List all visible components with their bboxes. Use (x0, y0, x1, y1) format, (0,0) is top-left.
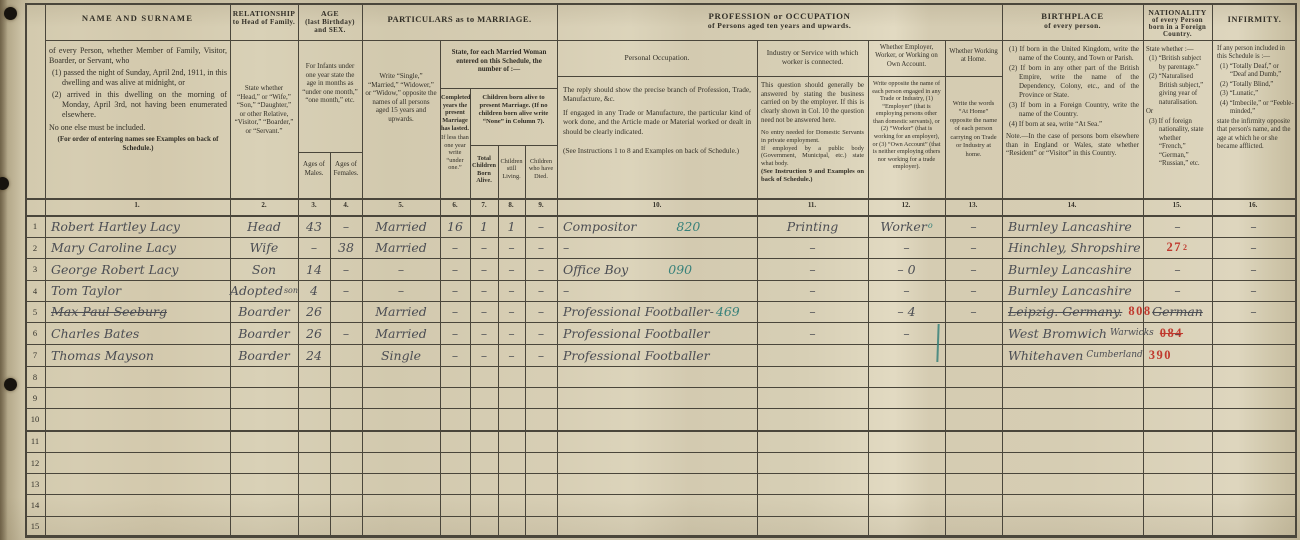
cell-industry: – (757, 237, 868, 258)
cell-born: – (470, 258, 498, 280)
cell-rel (230, 516, 298, 535)
cell-years: – (440, 344, 470, 366)
subheader-personal-occupation: Personal Occupation. (560, 53, 754, 62)
column-number: 6. (440, 201, 470, 209)
cell-died: – (525, 322, 557, 344)
industry-p1: This question should generally be answer… (761, 82, 864, 125)
name-desc-intro: of every Person, whether Member of Famil… (49, 46, 227, 67)
cell-years (440, 516, 470, 535)
cell-num: 1 (25, 215, 45, 237)
cell-name (45, 473, 236, 494)
col-desc-industry: This question should generally be answer… (761, 82, 864, 189)
col-desc-relationship: State whether “Head,” or “Wife,” “Son,” … (234, 84, 294, 135)
table-row: 8 (0, 366, 1300, 387)
col-desc-birthplace: (1) If born in the United Kingdom, write… (1006, 45, 1139, 162)
table-row: 4Tom TaylorAdoptedson4––––––––––Burnley … (0, 280, 1300, 301)
cell-nat (1143, 430, 1212, 452)
cell-home (945, 344, 1002, 366)
cell-nat: – (1143, 258, 1212, 280)
cell-age_m (298, 366, 330, 387)
cell-age_f (330, 452, 362, 473)
cell-industry (757, 408, 868, 430)
nationality-item-4: (3) If of foreign nationality, state whe… (1146, 118, 1209, 169)
cell-living: 1 (498, 215, 525, 237)
cell-marr: Single (362, 344, 440, 366)
grid-line (25, 535, 1297, 538)
table-row: 5Max Paul SeeburgBoarder26Married––––Pro… (0, 301, 1300, 322)
cell-occ (557, 473, 763, 494)
cell-name (45, 430, 236, 452)
birthplace-sub: of every person. (1004, 21, 1141, 30)
cell-occ (557, 516, 763, 535)
cell-born (470, 430, 498, 452)
birthplace-item-4: (4) If born at sea, write “At Sea.” (1006, 120, 1139, 129)
cell-age_m (298, 430, 330, 452)
col-desc-employer-worker: Write opposite the name of each person e… (871, 80, 942, 171)
industry-n1: No entry needed for Domestic Servants in… (761, 129, 864, 144)
cell-inf (1212, 387, 1295, 408)
column-number: 14. (1057, 201, 1087, 209)
cell-birth: West BromwichWarwicks084 (1002, 322, 1149, 344)
infirmity-item-5: state the infirmity opposite that person… (1217, 118, 1294, 152)
cell-industry (757, 516, 868, 535)
birthplace-item-3: (3) If born in a Foreign Country, write … (1006, 101, 1139, 119)
cell-rel: Son (230, 258, 298, 280)
cell-marr (362, 387, 440, 408)
cell-living: – (498, 237, 525, 258)
cell-birth (1002, 452, 1149, 473)
cell-name (45, 452, 236, 473)
cell-years: – (440, 237, 470, 258)
cell-age_f (330, 301, 362, 322)
cell-died (525, 387, 557, 408)
cell-living (498, 473, 525, 494)
cell-marr (362, 408, 440, 430)
nationality-item-2: (2) “Naturalised British subject,” givin… (1146, 73, 1209, 107)
age-females-label: Ages of Females. (331, 160, 361, 177)
cell-rel (230, 430, 298, 452)
cell-worker (868, 516, 945, 535)
cell-age_m (298, 452, 330, 473)
cell-marr (362, 452, 440, 473)
cell-num: 14 (25, 494, 45, 516)
hole-punch-top (4, 7, 17, 20)
cell-years (440, 387, 470, 408)
cell-home (945, 516, 1002, 535)
cell-age_m: – (298, 237, 330, 258)
cell-age_m (298, 387, 330, 408)
cell-nat (1143, 516, 1212, 535)
cell-marr: Married (362, 215, 440, 237)
cell-living (498, 366, 525, 387)
cell-worker: – (868, 280, 945, 301)
cell-marr: – (362, 280, 440, 301)
birthplace-item-1: (1) If born in the United Kingdom, write… (1006, 45, 1139, 63)
cell-age_f: – (330, 215, 362, 237)
cell-rel (230, 494, 298, 516)
cell-marr (362, 494, 440, 516)
col-desc-marital-status: Write “Single,” “Married,” “Widower,” or… (365, 72, 437, 123)
cell-living (498, 387, 525, 408)
cell-died (525, 516, 557, 535)
cell-living: – (498, 258, 525, 280)
cell-age_m: 24 (298, 344, 330, 366)
cell-rel: Wife (230, 237, 298, 258)
cell-age_f (330, 366, 362, 387)
col-desc-personal-occupation: The reply should show the precise branch… (563, 85, 751, 160)
grid-line (470, 145, 557, 146)
cell-marr (362, 473, 440, 494)
cell-years: – (440, 258, 470, 280)
cell-nat: German (1143, 301, 1212, 322)
cell-home: – (945, 237, 1002, 258)
cell-home: – (945, 280, 1002, 301)
cell-marr: – (362, 258, 440, 280)
cell-living: – (498, 280, 525, 301)
cell-born: – (470, 301, 498, 322)
cell-living (498, 430, 525, 452)
cell-industry: Printing (757, 215, 868, 237)
cell-born: – (470, 237, 498, 258)
cell-name (45, 387, 236, 408)
cell-home (945, 387, 1002, 408)
cell-worker: – (868, 322, 945, 344)
cell-home (945, 452, 1002, 473)
cell-living (498, 494, 525, 516)
cell-born (470, 473, 498, 494)
cell-name (45, 494, 236, 516)
nationality-title: NATIONALITY (1144, 8, 1211, 17)
married-woman-note: State, for each Married Woman entered on… (444, 48, 554, 74)
cell-occ (557, 387, 763, 408)
age-title: AGE (299, 9, 361, 18)
cell-age_f (330, 344, 362, 366)
cell-inf (1212, 322, 1295, 344)
nationality-item-0: State whether :— (1146, 46, 1209, 54)
cell-birth (1002, 516, 1149, 535)
cell-birth (1002, 494, 1149, 516)
cell-home (945, 473, 1002, 494)
cell-born (470, 452, 498, 473)
table-row: 10 (0, 408, 1300, 430)
cell-home (945, 322, 1002, 344)
cell-age_f: – (330, 258, 362, 280)
cell-marr: Married (362, 301, 440, 322)
cell-birth: Hinchley, Shropshire (1002, 237, 1149, 258)
table-row: 7Thomas MaysonBoarder24Single––––Profess… (0, 344, 1300, 366)
cell-age_m: 26 (298, 301, 330, 322)
cell-industry: – (757, 280, 868, 301)
cell-birth (1002, 473, 1149, 494)
cell-nat (1143, 408, 1212, 430)
cell-age_m: 43 (298, 215, 330, 237)
column-number: 8. (496, 201, 526, 209)
cell-occ (557, 366, 763, 387)
grid-line (45, 40, 1295, 41)
cell-num: 6 (25, 322, 45, 344)
birthplace-item-2: (2) If born in any other part of the Bri… (1006, 64, 1139, 100)
cell-home (945, 366, 1002, 387)
cell-birth (1002, 430, 1149, 452)
group-header-marriage: PARTICULARS as to MARRIAGE. (364, 14, 555, 25)
cell-name: Robert Hartley Lacy (45, 215, 236, 237)
nationality-item-1: (1) “British subject by parentage.” (1146, 55, 1209, 72)
cell-inf (1212, 452, 1295, 473)
cell-birth (1002, 366, 1149, 387)
column-number: 7. (469, 201, 499, 209)
column-number: 3. (299, 201, 329, 209)
cell-industry (757, 494, 868, 516)
cell-home: – (945, 258, 1002, 280)
birthplace-note: Note.—In the case of persons born elsewh… (1006, 132, 1139, 159)
table-row: 12 (0, 452, 1300, 473)
cell-years (440, 408, 470, 430)
col-desc-infirmity: If any person included in this Schedule … (1217, 45, 1294, 156)
cell-living (498, 516, 525, 535)
cell-worker: – 4 (868, 301, 945, 322)
cell-marr (362, 366, 440, 387)
age-sub: (last Birthday) and SEX. (299, 18, 361, 34)
cell-born (470, 408, 498, 430)
relationship-sub: to Head of Family. (231, 18, 297, 26)
cell-age_f (330, 408, 362, 430)
cell-worker (868, 473, 945, 494)
cell-marr (362, 430, 440, 452)
cell-worker (868, 387, 945, 408)
cell-nat (1143, 387, 1212, 408)
cell-num: 9 (25, 387, 45, 408)
col-header-relationship: RELATIONSHIP to Head of Family. (231, 9, 297, 27)
industry-n3: (See Instruction 9 and Examples on back … (761, 168, 864, 184)
cell-name: Charles Bates (45, 322, 236, 344)
cell-inf: – (1212, 215, 1295, 237)
subheader-industry: Industry or Service with which worker is… (760, 48, 865, 66)
column-number: 15. (1162, 201, 1192, 209)
cell-num: 5 (25, 301, 45, 322)
col-desc-name: of every Person, whether Member of Famil… (49, 46, 227, 157)
cell-home (945, 408, 1002, 430)
cell-rel (230, 473, 298, 494)
personal-p1: The reply should show the precise branch… (563, 85, 751, 104)
col-header-birthplace: BIRTHPLACE of every person. (1004, 11, 1141, 30)
cell-died (525, 452, 557, 473)
cell-age_f (330, 494, 362, 516)
cell-died (525, 430, 557, 452)
cell-died (525, 408, 557, 430)
age-males-label: Ages of Males. (299, 160, 329, 177)
cell-age_m (298, 516, 330, 535)
cell-nat (1143, 344, 1212, 366)
cell-birth (1002, 408, 1149, 430)
cell-inf (1212, 473, 1295, 494)
cell-years: – (440, 322, 470, 344)
relationship-title: RELATIONSHIP (231, 9, 297, 18)
cell-years (440, 366, 470, 387)
cell-occ: – (557, 280, 763, 301)
cell-industry: – (757, 301, 868, 322)
personal-p2: If engaged in any Trade or Manufacture, … (563, 108, 751, 136)
cell-home (945, 494, 1002, 516)
cell-born: – (470, 280, 498, 301)
column-number: 5. (386, 201, 416, 209)
cell-died: – (525, 280, 557, 301)
table-row: 6Charles BatesBoarder26–Married––––Profe… (0, 322, 1300, 344)
nationality-item-3: Or (1146, 108, 1209, 116)
cell-worker (868, 494, 945, 516)
table-row: 14 (0, 494, 1300, 516)
cell-num: 13 (25, 473, 45, 494)
cell-occ: – (557, 237, 763, 258)
cell-worker: – (868, 237, 945, 258)
cell-home (945, 430, 1002, 452)
infirmity-item-2: (2) “Totally Blind,” (1217, 81, 1294, 89)
col-desc-working-at-home: Write the words “At Home” opposite the n… (948, 100, 999, 159)
cell-occ (557, 452, 763, 473)
cell-inf (1212, 366, 1295, 387)
profession-sub: of Persons aged ten years and upwards. (559, 21, 1000, 30)
cell-inf: – (1212, 301, 1295, 322)
cell-died: – (525, 301, 557, 322)
cell-occ (557, 430, 763, 452)
cell-rel: Adoptedson (230, 280, 298, 301)
cell-occ: Professional Footballer (557, 344, 763, 366)
cell-worker (868, 408, 945, 430)
cell-born (470, 516, 498, 535)
cell-name: Mary Caroline Lacy (45, 237, 236, 258)
table-row: 2Mary Caroline LacyWife–38Married–––––––… (0, 237, 1300, 258)
cell-marr (362, 516, 440, 535)
cell-num: 10 (25, 408, 45, 430)
subheader-working-at-home: Whether Working at Home. (947, 48, 1000, 65)
cell-name (45, 366, 236, 387)
cell-num: 7 (25, 344, 45, 366)
column-number: 12. (891, 201, 921, 209)
cell-rel (230, 452, 298, 473)
cell-birth: Leipzig. Germany.808 (1002, 301, 1149, 322)
cell-age_f (330, 516, 362, 535)
cell-num: 3 (25, 258, 45, 280)
cell-home: – (945, 215, 1002, 237)
name-desc-note2: (For order of entering names see Example… (49, 135, 227, 153)
cell-age_f: – (330, 322, 362, 344)
cell-worker (868, 366, 945, 387)
census-schedule-scan: NAME AND SURNAME of every Person, whethe… (0, 0, 1300, 540)
children-died-label: Children who have Died. (526, 158, 556, 180)
cell-years: 16 (440, 215, 470, 237)
cell-nat: – (1143, 280, 1212, 301)
cell-birth: WhitehavenCumberland390 (1002, 344, 1149, 366)
cell-nat: – (1143, 322, 1212, 344)
table-row: 3George Robert LacySon14––––––Office Boy… (0, 258, 1300, 280)
cell-died (525, 494, 557, 516)
table-row: 1Robert Hartley LacyHead43–Married1611–C… (0, 215, 1300, 237)
cell-living (498, 452, 525, 473)
cell-rel: Boarder (230, 344, 298, 366)
cell-name: Tom Taylor (45, 280, 236, 301)
cell-industry: – (757, 258, 868, 280)
cell-worker (868, 344, 945, 366)
grid-line (25, 3, 1297, 5)
cell-living (498, 408, 525, 430)
cell-num: 12 (25, 452, 45, 473)
cell-age_f (330, 387, 362, 408)
cell-nat (1143, 366, 1212, 387)
cell-inf: – (1212, 280, 1295, 301)
cell-rel: Head (230, 215, 298, 237)
col-desc-nationality: State whether :— (1) “British subject by… (1146, 46, 1209, 173)
cell-marr: Married (362, 322, 440, 344)
birthplace-title: BIRTHPLACE (1004, 11, 1141, 21)
cell-inf (1212, 408, 1295, 430)
cell-worker (868, 430, 945, 452)
cell-worker: Workero (868, 215, 945, 237)
cell-age_m: 14 (298, 258, 330, 280)
cell-age_m: 26 (298, 322, 330, 344)
cell-name: George Robert Lacy (45, 258, 236, 280)
cell-born: – (470, 344, 498, 366)
cell-years (440, 473, 470, 494)
cell-industry: – (757, 322, 868, 344)
cell-age_m (298, 473, 330, 494)
children-born-label: Total Children Born Alive. (471, 155, 497, 185)
cell-num: 2 (25, 237, 45, 258)
cell-rel: Boarder (230, 301, 298, 322)
cell-nat: 272 (1143, 237, 1212, 258)
column-number: 16. (1238, 201, 1268, 209)
cell-living: – (498, 301, 525, 322)
cell-died: – (525, 215, 557, 237)
cell-industry (757, 387, 868, 408)
cell-nat (1143, 473, 1212, 494)
cell-died: – (525, 344, 557, 366)
cell-born (470, 387, 498, 408)
column-number: 2. (249, 201, 279, 209)
col-header-infirmity: INFIRMITY. (1214, 15, 1295, 24)
cell-num: 15 (25, 516, 45, 535)
name-desc-note1: No one else must be included. (49, 123, 227, 133)
cell-inf: – (1212, 237, 1295, 258)
cell-occ (557, 494, 763, 516)
cell-died (525, 473, 557, 494)
cell-age_m: 4 (298, 280, 330, 301)
cell-years (440, 430, 470, 452)
column-number: 10. (642, 201, 672, 209)
cell-occ: Office Boy090 (557, 258, 763, 280)
cell-num: 11 (25, 430, 45, 452)
cell-age_f (330, 473, 362, 494)
column-number: 1. (122, 201, 152, 209)
cell-rel (230, 366, 298, 387)
grid-line (25, 198, 1295, 200)
cell-birth: Burnley Lancashire (1002, 280, 1149, 301)
col-desc-marriage-years: Completed years the present Marriage has… (441, 94, 469, 171)
cell-died (525, 366, 557, 387)
nationality-sub: of every Person born in a Foreign Countr… (1144, 17, 1211, 38)
cell-born: 1 (470, 215, 498, 237)
cell-years (440, 494, 470, 516)
infirmity-item-0: If any person included in this Schedule … (1217, 45, 1294, 62)
table-row: 15 (0, 516, 1300, 535)
cell-industry (757, 430, 868, 452)
cell-years (440, 452, 470, 473)
cell-worker (868, 452, 945, 473)
cell-occ: Compositor820 (557, 215, 763, 237)
cell-inf (1212, 494, 1295, 516)
table-row: 11 (0, 430, 1300, 452)
cell-industry (757, 344, 868, 366)
cell-industry (757, 452, 868, 473)
cell-occ: Professional Footballer (557, 322, 763, 344)
